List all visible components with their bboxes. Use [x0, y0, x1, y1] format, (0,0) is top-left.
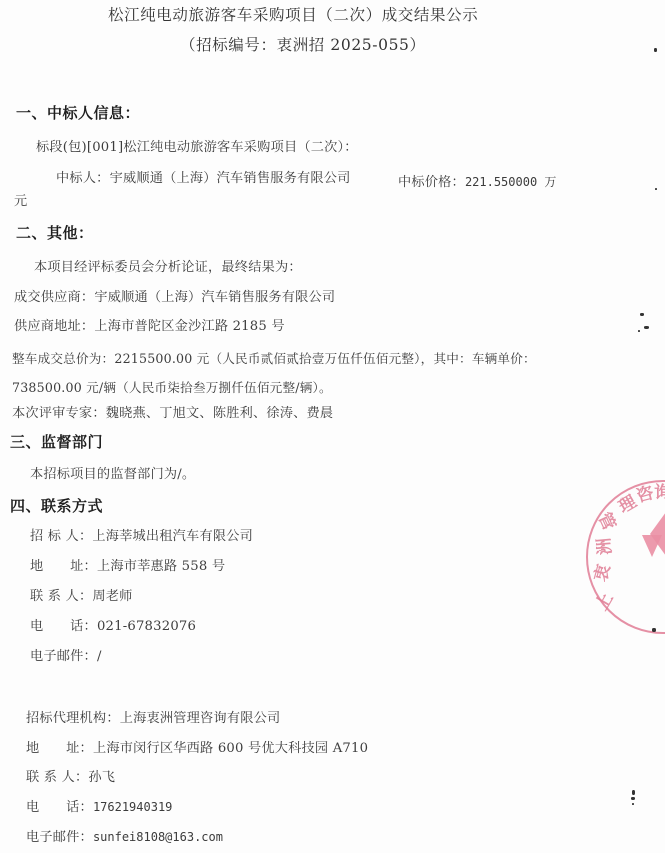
- scan-speck: [632, 803, 634, 805]
- agency-contact-value: 孙飞: [88, 770, 115, 785]
- price-value: 221.550000 万: [465, 175, 556, 189]
- agency-contact-line: 联 系 人：孙飞: [26, 769, 115, 787]
- agency-address-label: 地 址：: [26, 741, 93, 756]
- price-unit-wrap: 元: [14, 193, 27, 211]
- scan-speck: [652, 628, 656, 632]
- supplier-value: 宇威顺通（上海）汽车销售服务有限公司: [94, 290, 335, 305]
- agency-address-value: 上海市闵行区华西路 600 号优大科技园 A710: [93, 741, 368, 756]
- tenderer-contact-value: 周老师: [92, 589, 132, 604]
- section2-heading: 二、其他：: [16, 224, 94, 242]
- scanned-document-page: 松江纯电动旅游客车采购项目（二次）成交结果公示 （招标编号：衷洲招 2025-0…: [0, 0, 665, 853]
- experts-line: 本次评审专家：魏晓燕、丁旭文、陈胜利、徐涛、费晨: [12, 405, 333, 423]
- tenderer-phone-line: 电 话：021-67832076: [30, 618, 196, 636]
- agency-name-label: 招标代理机构：: [26, 711, 120, 726]
- scan-speck: [631, 797, 635, 800]
- document-title: 松江纯电动旅游客车采购项目（二次）成交结果公示: [108, 6, 478, 24]
- tenderer-name-value: 上海莘城出租汽车有限公司: [92, 529, 253, 544]
- experts-label: 本次评审专家：: [12, 406, 106, 421]
- scan-speck: [640, 313, 644, 316]
- seal-char-6: 询: [654, 478, 665, 503]
- lot-line: 标段(包)[001]松江纯电动旅游客车采购项目（二次）：: [36, 139, 358, 157]
- tenderer-address-line: 地 址：上海市莘惠路 558 号: [30, 558, 225, 576]
- scan-speck: [632, 790, 635, 795]
- total-price-line2: 738500.00 元/辆（人民币柒拾叁万捌仟伍佰元整/辆）。: [12, 379, 332, 397]
- scan-speck: [638, 330, 640, 332]
- agency-email-value: sunfei8108@163.com: [93, 830, 223, 844]
- tenderer-phone-value: 021-67832076: [97, 619, 196, 634]
- tenderer-contact-label: 联 系 人：: [30, 589, 92, 604]
- winner-label: 中标人：: [56, 171, 110, 186]
- agency-phone-label: 电 话：: [26, 800, 93, 815]
- scan-speck: [655, 188, 657, 190]
- agency-email-label: 电子邮件：: [26, 830, 93, 845]
- tenderer-email-line: 电子邮件：/: [30, 648, 102, 666]
- scan-speck: [654, 48, 657, 52]
- tenderer-contact-line: 联 系 人：周老师: [30, 588, 133, 606]
- tenderer-name-label: 招 标 人：: [30, 529, 92, 544]
- supplier-address-line: 供应商地址：上海市普陀区金沙江路 2185 号: [14, 318, 285, 336]
- supplier-label: 成交供应商：: [14, 290, 94, 305]
- tenderer-email-value: /: [97, 649, 102, 664]
- supervision-text: 本招标项目的监督部门为/。: [30, 466, 195, 484]
- agency-address-line: 地 址：上海市闵行区华西路 600 号优大科技园 A710: [26, 740, 368, 758]
- total-price-line1: 整车成交总价为：2215500.00 元（人民币贰佰贰拾壹万伍仟伍佰元整），其中…: [12, 350, 536, 368]
- seal-char-2: 洲: [589, 537, 615, 556]
- scan-speck: [644, 326, 649, 329]
- supplier-line: 成交供应商：宇威顺通（上海）汽车销售服务有限公司: [14, 289, 335, 307]
- price-line: 中标价格：221.550000 万: [398, 173, 556, 192]
- tenderer-email-label: 电子邮件：: [30, 649, 97, 664]
- section3-heading: 三、监督部门: [10, 433, 103, 451]
- supplier-address-value: 上海市普陀区金沙江路 2185 号: [94, 319, 284, 334]
- winner-line: 中标人：宇威顺通（上海）汽车销售服务有限公司: [56, 170, 351, 188]
- supplier-address-label: 供应商地址：: [14, 319, 94, 334]
- section1-heading: 一、中标人信息：: [16, 104, 140, 122]
- winner-value: 宇威顺通（上海）汽车销售服务有限公司: [110, 171, 351, 186]
- agency-phone-value: 17621940319: [93, 800, 172, 814]
- agency-email-line: 电子邮件：sunfei8108@163.com: [26, 828, 223, 847]
- agency-name-line: 招标代理机构：上海衷洲管理咨询有限公司: [26, 710, 280, 728]
- document-subtitle: （招标编号：衷洲招 2025-055）: [180, 36, 426, 54]
- agency-contact-label: 联 系 人：: [26, 770, 88, 785]
- tenderer-address-label: 地 址：: [30, 559, 97, 574]
- agency-name-value: 上海衷洲管理咨询有限公司: [120, 711, 281, 726]
- seal-star-icon-lower: [642, 535, 662, 557]
- tenderer-phone-label: 电 话：: [30, 619, 97, 634]
- section4-heading: 四、联系方式: [10, 497, 103, 515]
- evaluation-intro: 本项目经评标委员会分析论证，最终结果为：: [34, 259, 302, 277]
- price-label: 中标价格：: [398, 175, 465, 190]
- tenderer-address-value: 上海市莘惠路 558 号: [97, 559, 225, 574]
- experts-value: 魏晓燕、丁旭文、陈胜利、徐涛、费晨: [106, 406, 334, 421]
- tenderer-name-line: 招 标 人：上海莘城出租汽车有限公司: [30, 528, 253, 546]
- agency-phone-line: 电 话：17621940319: [26, 798, 172, 817]
